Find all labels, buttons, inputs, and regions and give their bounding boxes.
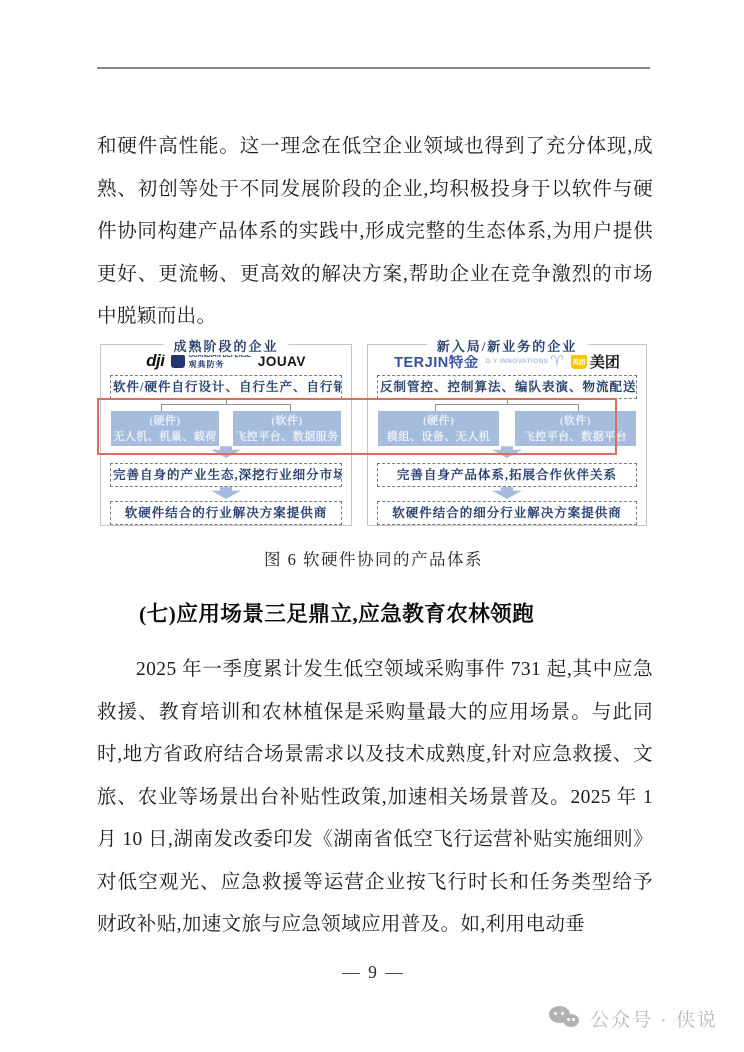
software-box-items: 飞控平台、数据平台 [515,429,636,446]
figure-panel-new-entrants: 新入局/新业务的企业 TERJIN特金 D.Y INNOVATIONS ♈ 美团… [367,344,647,526]
dji-logo: dji [146,351,164,371]
positioning-box: 软硬件结合的行业解决方案提供商 [110,501,342,525]
hardware-box-items: 无人机、机巢、载荷 [111,429,219,446]
capability-box: 软件/硬件自行设计、自行生产、自行销售 [110,375,342,399]
wechat-icon [549,1006,581,1031]
panel-title: 成熟阶段的企业 [163,336,288,355]
guandian-logo-text-cn: 观典防务 [188,360,250,369]
strategy-box: 完善自身产品体系,拓展合作伙伴关系 [377,463,637,487]
paragraph-2: 2025 年一季度累计发生低空领域采购事件 731 起,其中应急救援、教育培训和… [97,649,653,947]
wechat-bubble-small [563,1014,579,1027]
panel-title: 新入局/新业务的企业 [427,336,588,355]
watermark-label: 公众号 · 侠说 [590,1005,718,1032]
meituan-badge-icon: 美团 [571,353,587,369]
page-number: — 9 — [97,962,650,983]
guandian-emblem-icon [171,354,185,368]
meituan-logo-text: 美团 [590,351,620,372]
capability-box: 反制管控、控制算法、编队表演、物流配送 [377,375,637,399]
watermark: 公众号 · 侠说 [549,1005,718,1032]
document-page: 和硬件高性能。这一理念在低空企业领域也得到了充分体现,成熟、初创等处于不同发展阶… [0,0,744,1052]
down-arrow-icon [492,446,522,458]
hardware-box-head: (硬件) [378,413,499,430]
hardware-software-row: (硬件) 模组、设备、无人机 (软件) 飞控平台、数据平台 [368,411,646,447]
split-connector [101,399,351,411]
software-box: (软件) 飞控平台、数据服务 [233,411,341,447]
hardware-box-head: (硬件) [111,413,219,430]
jouav-logo: JOUAV [258,354,306,369]
strategy-box: 完善自身的产业生态,深挖行业细分市场 [110,463,342,487]
hardware-box: (硬件) 无人机、机巢、载荷 [111,411,219,447]
software-box: (软件) 飞控平台、数据平台 [515,411,636,447]
ram-horns-icon: ♈ [550,354,563,369]
connector-bar [161,404,291,411]
positioning-box: 软硬件结合的细分行业解决方案提供商 [377,501,637,525]
down-arrow-icon [211,487,241,499]
dy-innovations-logo: D.Y INNOVATIONS ♈ [486,354,564,369]
paragraph-1: 和硬件高性能。这一理念在低空企业领域也得到了充分体现,成熟、初创等处于不同发展阶… [97,126,653,339]
dy-innovations-logo-text: D.Y INNOVATIONS [486,358,549,365]
guandian-defense-logo: GUANDIAN DEFENSE 观典防务 [171,353,250,369]
down-arrow-icon [211,446,241,458]
figure-panel-mature-companies: 成熟阶段的企业 dji GUANDIAN DEFENSE 观典防务 JOUAV … [100,344,352,526]
hardware-box: (硬件) 模组、设备、无人机 [378,411,499,447]
down-arrow-icon [492,487,522,499]
software-box-items: 飞控平台、数据服务 [233,429,341,446]
software-box-head: (软件) [233,413,341,430]
figure-6-diagram: 成熟阶段的企业 dji GUANDIAN DEFENSE 观典防务 JOUAV … [99,336,648,532]
guandian-logo-text: GUANDIAN DEFENSE 观典防务 [188,353,250,369]
header-rule [97,67,650,69]
hardware-software-row: (硬件) 无人机、机巢、载荷 (软件) 飞控平台、数据服务 [101,411,351,447]
software-box-head: (软件) [515,413,636,430]
figure-caption: 图 6 软硬件协同的产品体系 [97,546,650,570]
connector-bar [435,404,580,411]
hardware-box-items: 模组、设备、无人机 [378,429,499,446]
section-heading: (七)应用场景三足鼎立,应急教育农林领跑 [97,597,653,628]
split-connector [368,399,646,411]
